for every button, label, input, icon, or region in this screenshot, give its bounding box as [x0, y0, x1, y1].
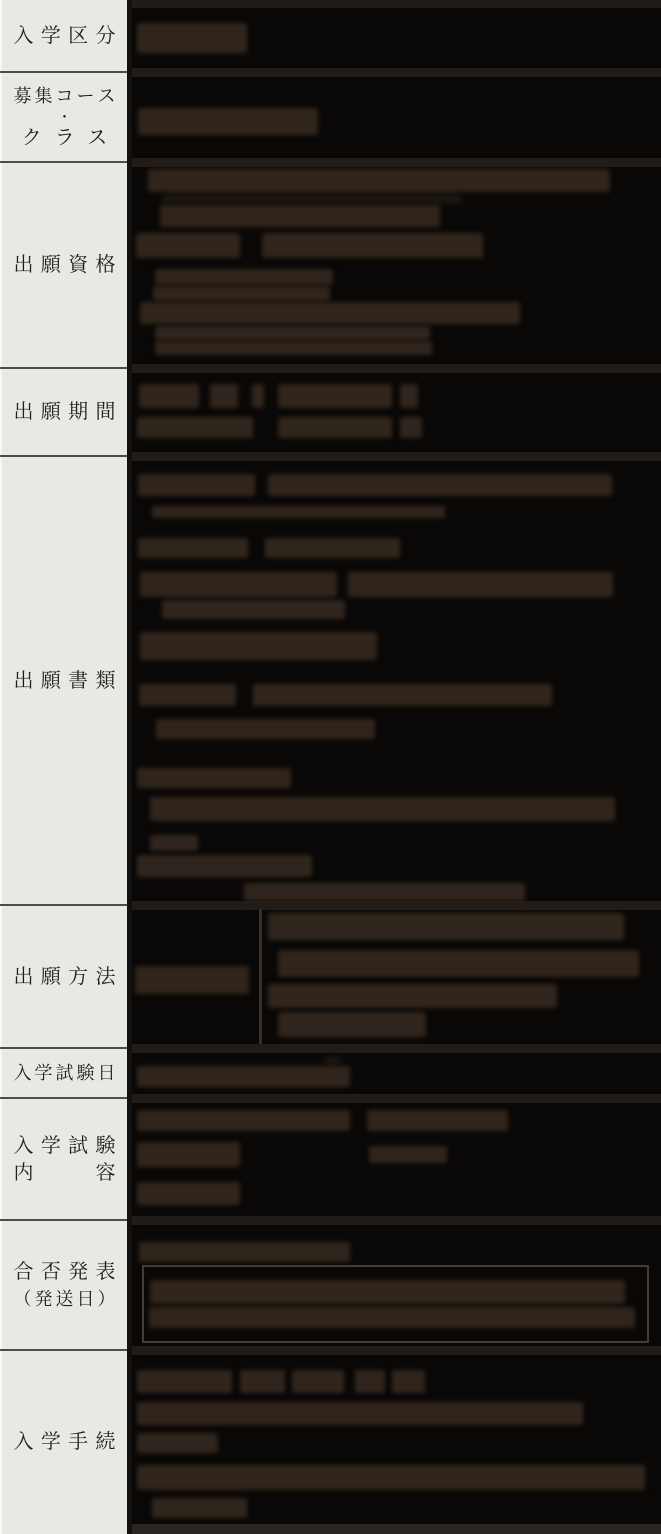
redacted-text-line [137, 855, 312, 877]
row-label-exam-date-line0: 入学試験日 [14, 1061, 116, 1085]
row-header-result-announcement: 合否発表（発送日） [2, 1220, 127, 1350]
redacted-text-line [278, 1012, 426, 1037]
bottom-edge-band [131, 1524, 661, 1534]
redacted-text-line [137, 1402, 583, 1425]
redacted-text-line [137, 1142, 240, 1167]
redacted-text-line [162, 194, 462, 203]
redacted-text-line [156, 719, 375, 739]
redacted-text-line [265, 538, 400, 558]
table-left-edge [0, 0, 2, 1534]
row-header-application-method: 出願方法 [2, 905, 127, 1048]
redacted-text-line [140, 302, 520, 324]
redacted-text-line [139, 684, 236, 706]
row-header-exam-content: 入学試験内容 [2, 1098, 127, 1220]
redacted-text-line [137, 1182, 240, 1205]
redacted-text-line [137, 417, 253, 438]
row-separator-band [131, 901, 661, 910]
redacted-text-line [140, 632, 377, 660]
redacted-text-line [140, 572, 337, 597]
redacted-text-line [252, 384, 264, 408]
row-header-admission-category: 入学区分 [2, 0, 127, 72]
row-separator-band [131, 452, 661, 461]
redacted-text-line [138, 108, 318, 135]
redacted-text-line [369, 1146, 447, 1163]
redacted-text-line [348, 572, 613, 597]
redacted-text-line [160, 205, 440, 227]
row-separator-band [131, 1044, 661, 1053]
row-header-application-period: 出願期間 [2, 368, 127, 456]
row-separator-band [131, 1346, 661, 1355]
header-separator [0, 455, 127, 457]
redacted-text-line [292, 1370, 344, 1393]
redacted-text-line [392, 1370, 425, 1393]
redacted-text-line [137, 1433, 218, 1453]
redacted-text-line [152, 1498, 247, 1518]
row-header-eligibility: 出願資格 [2, 162, 127, 368]
redacted-text-line [268, 474, 612, 496]
redacted-text-line [253, 684, 552, 706]
redacted-text-line [137, 1110, 350, 1131]
redacted-text-line [155, 341, 432, 355]
redacted-text-line [150, 1280, 625, 1304]
row-separator-band [131, 158, 661, 167]
redacted-text-line [278, 384, 392, 408]
redacted-text-line [400, 417, 422, 438]
header-separator [0, 1349, 127, 1351]
row-label-course-class-line2: クラス [2, 126, 127, 150]
row-header-enrollment-procedure: 入学手続 [2, 1350, 127, 1534]
redacted-text-line [155, 326, 430, 340]
redacted-text-line [162, 600, 345, 619]
row-label-admission-category-line0: 入学区分 [14, 24, 116, 48]
row-label-application-documents-line0: 出願書類 [14, 669, 116, 693]
row-label-application-method-line0: 出願方法 [14, 965, 116, 989]
redacted-text-line [355, 1370, 385, 1393]
redacted-text-line [148, 169, 610, 192]
row-separator-band [131, 1094, 661, 1103]
redacted-text-line [138, 538, 248, 558]
redacted-text-line [136, 233, 240, 258]
row-label-exam-content-line0: 入学試験 [14, 1134, 116, 1158]
row-header-exam-date: 入学試験日 [2, 1048, 127, 1098]
row-label-result-announcement-line1: （発送日） [14, 1287, 116, 1311]
redacted-text-line [268, 913, 624, 940]
header-separator [0, 1219, 127, 1221]
row-label-course-class-line0: 募集コース [14, 84, 116, 108]
redacted-text-line [153, 286, 330, 301]
row-label-eligibility-line0: 出願資格 [14, 253, 116, 277]
redacted-text-line [137, 1370, 232, 1393]
row-label-exam-content-line1: 内容 [14, 1161, 116, 1185]
row-label-enrollment-procedure-line0: 入学手続 [14, 1430, 116, 1454]
row-header-course-class: 募集コース・クラス [2, 72, 127, 162]
redacted-text-line [210, 384, 238, 408]
row-label-course-class-line1: ・ [2, 111, 127, 123]
redacted-text-line [139, 384, 199, 408]
row-label-application-period-line0: 出願期間 [14, 400, 116, 424]
redacted-text-line [152, 506, 445, 518]
redacted-text-line [325, 1057, 341, 1065]
result-notice-box [142, 1265, 649, 1343]
redacted-text-line [149, 1307, 635, 1328]
redacted-text-line [367, 1110, 508, 1131]
row-separator-band [131, 0, 661, 8]
row-separator-band [131, 364, 661, 373]
header-content-border [127, 0, 132, 1534]
header-separator [0, 904, 127, 906]
redacted-text-line [244, 883, 525, 901]
header-separator [0, 161, 127, 163]
redacted-text-line [150, 797, 615, 821]
row-header-application-documents: 出願書類 [2, 456, 127, 905]
redacted-text-line [150, 835, 198, 851]
redacted-text-line [137, 768, 291, 788]
redacted-text-line [278, 950, 639, 977]
redacted-text-line [137, 1066, 350, 1087]
redacted-text-line [240, 1370, 285, 1393]
redacted-text-line [138, 474, 255, 496]
redacted-text-line [268, 984, 557, 1008]
application-method-sub-divider [259, 909, 262, 1044]
row-label-result-announcement-line0: 合否発表 [14, 1260, 116, 1284]
header-separator [0, 1097, 127, 1099]
redacted-text-line [155, 269, 333, 285]
redacted-text-line [139, 1242, 350, 1262]
header-separator [0, 71, 127, 73]
row-separator-band [131, 1216, 661, 1225]
header-separator [0, 1047, 127, 1049]
redacted-text-line [135, 966, 249, 994]
row-separator-band [131, 68, 661, 77]
redacted-text-line [278, 417, 392, 438]
admission-info-document: 入学区分募集コース・クラス出願資格出願期間出願書類出願方法入学試験日入学試験内容… [0, 0, 661, 1534]
redacted-text-line [137, 1465, 645, 1490]
redacted-text-line [137, 23, 247, 53]
redacted-text-line [400, 384, 418, 408]
redacted-text-line [262, 233, 483, 258]
header-separator [0, 367, 127, 369]
